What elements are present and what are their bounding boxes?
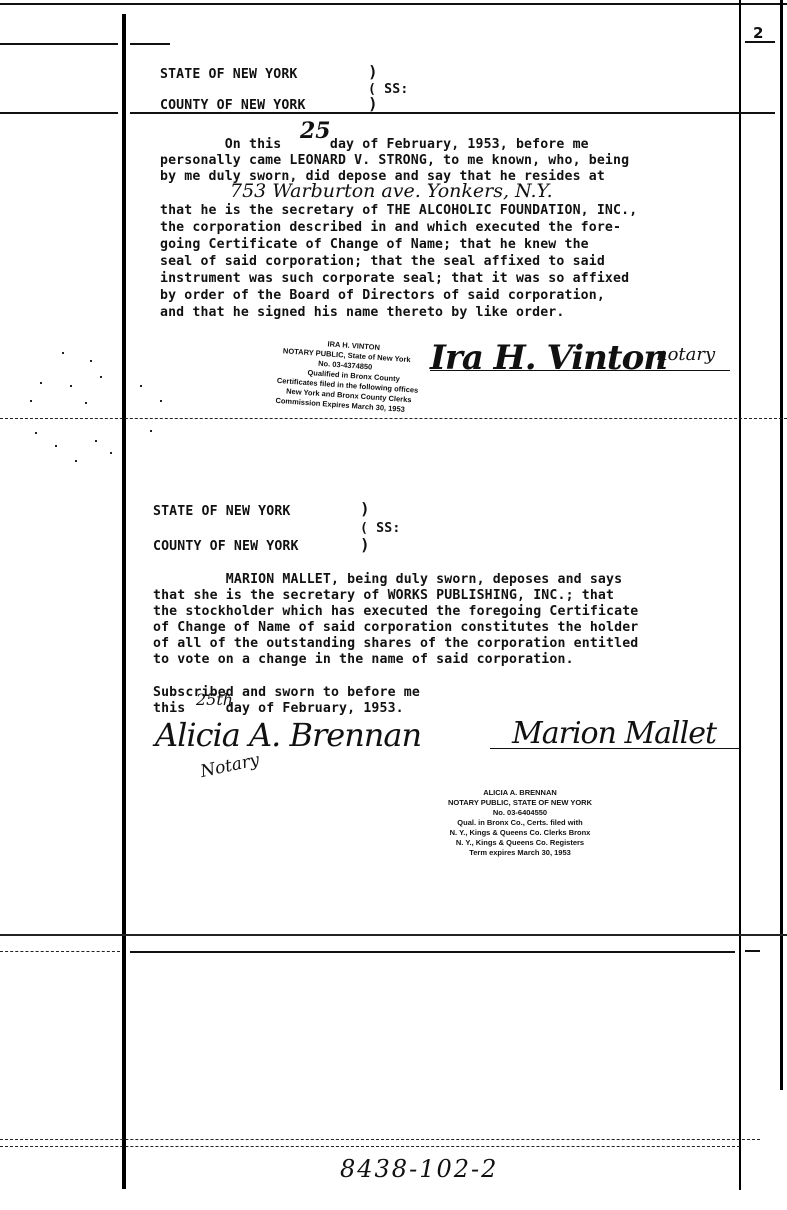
handwritten-address: 753 Warburton ave. Yonkers, N.Y. (230, 180, 553, 202)
venue-county-2: COUNTY OF NEW YORK (153, 538, 299, 555)
affidavit1-line-5: that he is the secretary of THE ALCOHOLI… (160, 202, 637, 219)
top-border-line (0, 3, 787, 5)
notary-note: notary (656, 344, 715, 365)
lower-rule-2c (745, 950, 760, 952)
page-edge-rule (780, 0, 783, 1090)
notary-stamp-vinton: IRA H. VINTON NOTARY PUBLIC, State of Ne… (275, 336, 421, 416)
affidavit1-line-9: instrument was such corporate seal; that… (160, 270, 629, 287)
header-rule-1b (130, 43, 170, 45)
jurat-line-2: this day of February, 1953. (153, 700, 404, 717)
notary-note-2: Notary (199, 750, 262, 782)
affidavit1-line-2: personally came LEONARD V. STRONG, to me… (160, 152, 629, 169)
affidavit2-line-2: that she is the secretary of WORKS PUBLI… (153, 587, 614, 604)
lower-rule-2b (130, 951, 735, 953)
bottom-rule-2 (0, 1146, 740, 1147)
venue-rule-left (0, 112, 118, 114)
right-margin-rule (739, 0, 741, 1190)
page-number: 2 (753, 24, 763, 42)
affidavit2-line-3: the stockholder which has executed the f… (153, 603, 638, 620)
affidavit1-line-1: On this day of February, 1953, before me (160, 136, 589, 153)
section-divider-dashed (0, 418, 787, 419)
venue-brace-bottom: ) (368, 94, 378, 113)
venue-brace-bottom-2: ) (360, 535, 370, 554)
affidavit2-line-4: of Change of Name of said corporation co… (153, 619, 638, 636)
venue-brace-top-2: ) (360, 499, 370, 518)
affidavit1-line-11: and that he signed his name thereto by l… (160, 304, 564, 321)
affidavit2-line-1: MARION MALLET, being duly sworn, deposes… (153, 571, 622, 588)
notary-stamp-brennan: ALICIA A. BRENNAN NOTARY PUBLIC, STATE O… (390, 788, 650, 858)
venue-state: STATE OF NEW YORK (160, 66, 298, 83)
header-rule-1 (0, 43, 118, 45)
venue-county: COUNTY OF NEW YORK (160, 97, 306, 114)
venue-state-2: STATE OF NEW YORK (153, 503, 291, 520)
venue-brace-top: ) (368, 62, 378, 81)
jurat-line-1: Subscribed and sworn to before me (153, 684, 420, 701)
affidavit2-line-5: of all of the outstanding shares of the … (153, 635, 638, 652)
affidavit1-line-8: seal of said corporation; that the seal … (160, 253, 605, 270)
notary-signature-brennan: Alicia A. Brennan (155, 716, 421, 754)
affidavit1-line-7: going Certificate of Change of Name; tha… (160, 236, 589, 253)
affiant-signature-mallet: Marion Mallet (512, 716, 716, 751)
affidavit2-line-6: to vote on a change in the name of said … (153, 651, 574, 668)
signature-line-1 (430, 370, 730, 371)
affidavit1-line-6: the corporation described in and which e… (160, 219, 621, 236)
affidavit1-line-10: by order of the Board of Directors of sa… (160, 287, 605, 304)
left-margin-rule (122, 14, 126, 1189)
handwritten-day-2: 25th (196, 690, 233, 709)
notary-signature-vinton: Ira H. Vinton (430, 338, 667, 378)
file-number: 8438-102-2 (340, 1155, 498, 1183)
bottom-rule-1 (0, 1139, 760, 1140)
signature-line-2 (490, 748, 740, 749)
lower-rule-2 (0, 951, 120, 952)
lower-rule-1 (0, 934, 787, 936)
